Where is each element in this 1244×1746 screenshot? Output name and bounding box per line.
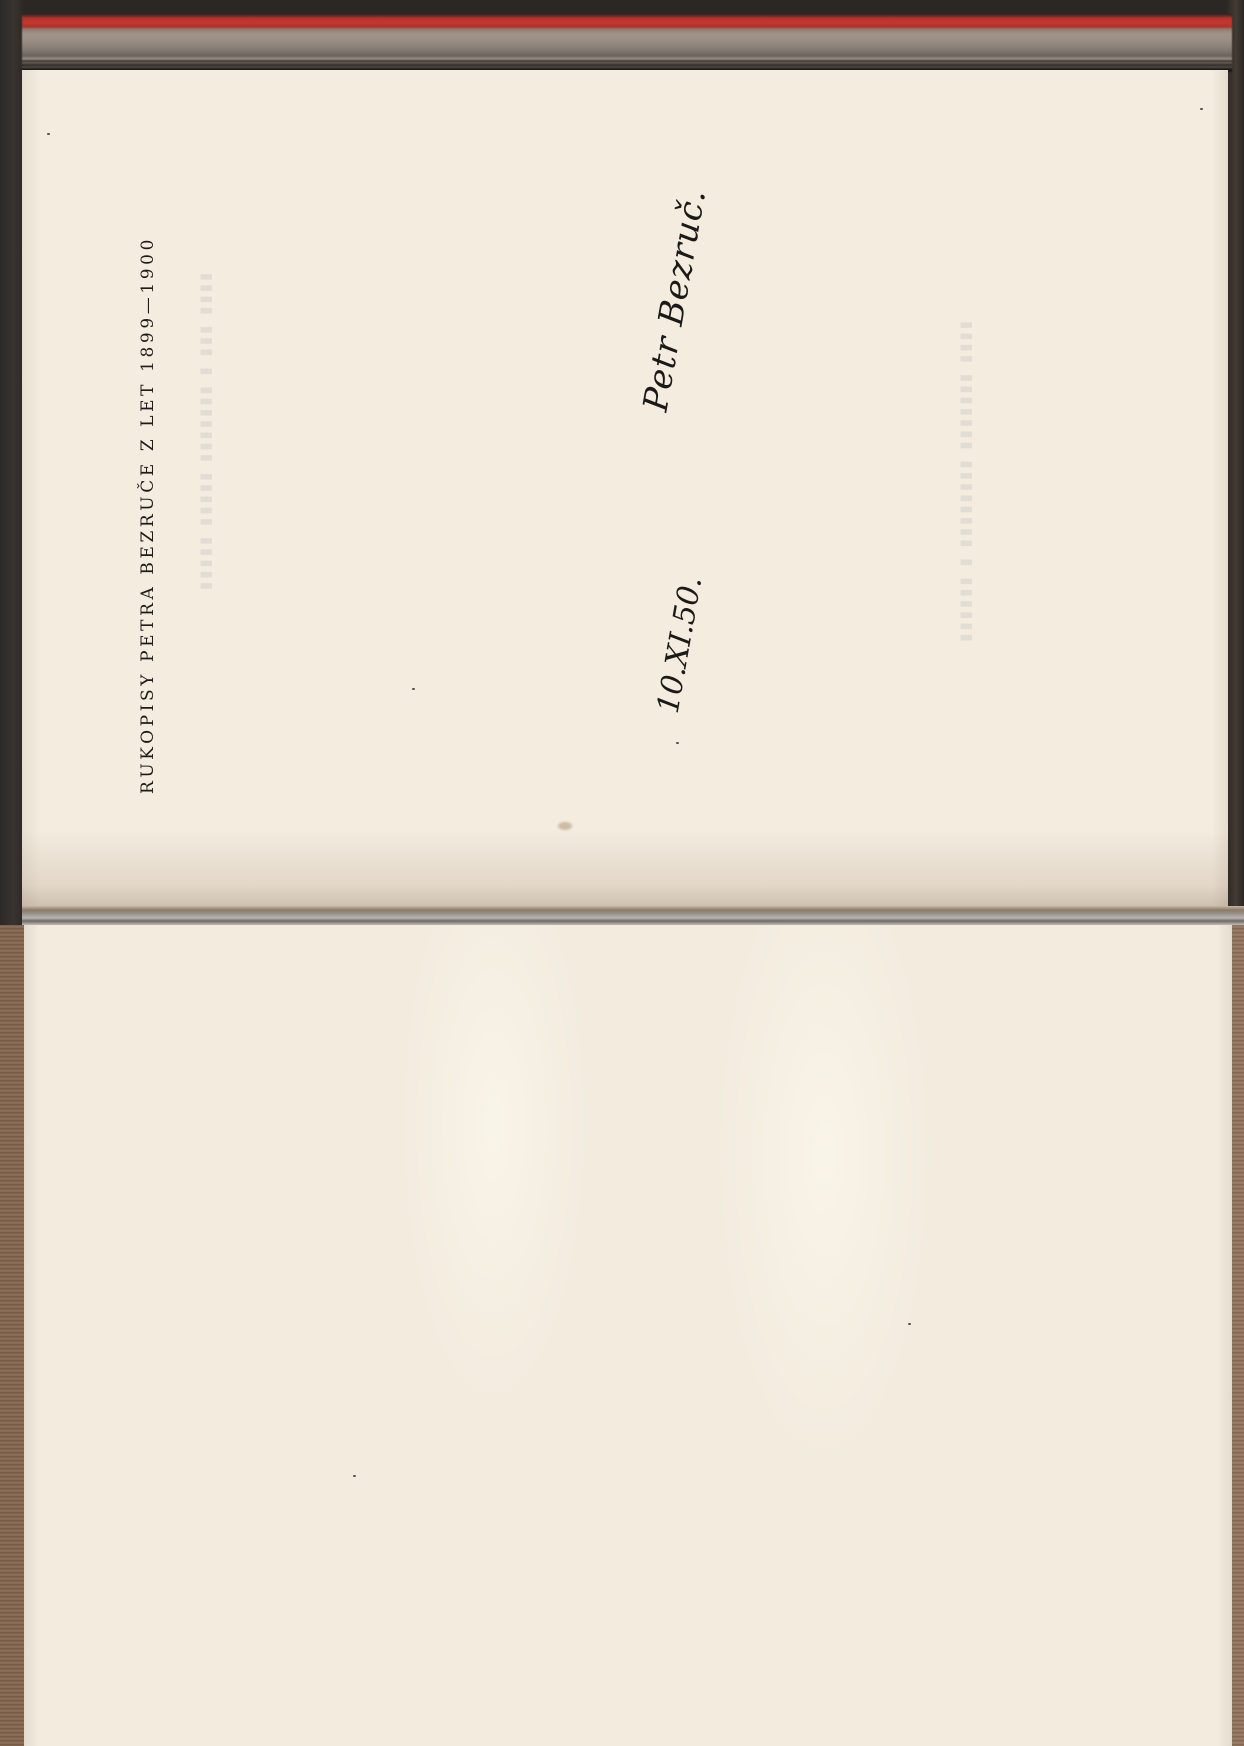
spine-cloth-left <box>0 925 26 1746</box>
show-through-text: ​▮▮▮▮▮ ▮▮▮▮▮ ▮▮▮▮▮▮▮ ▮ ▮▮▮ ▮▮▮▮ <box>196 270 214 590</box>
scanned-book-spread: ​▮▮▮▮▮ ▮▮▮▮▮ ▮▮▮▮▮▮▮ ▮ ▮▮▮ ▮▮▮▮ ​▮▮▮▮▮▮ … <box>0 0 1244 1746</box>
paper-speck <box>412 688 415 690</box>
page-bottom <box>24 925 1232 1746</box>
paper-speck <box>908 1323 911 1325</box>
printed-title: RUKOPISY PETRA BEZRUČE Z LET 1899—1900 <box>138 236 158 794</box>
spine-cloth-right <box>1232 925 1244 1746</box>
paper-stain <box>558 822 572 830</box>
book-page-edges <box>22 14 1232 72</box>
book-gutter <box>22 906 1244 926</box>
paper-speck <box>676 742 679 744</box>
paper-speck <box>47 133 50 135</box>
show-through-text: ​▮▮▮▮▮▮ ▮ ▮▮▮▮▮▮▮▮ ▮▮▮▮▮▮▮ ▮▮▮▮ <box>956 318 974 642</box>
paper-speck <box>353 1475 356 1477</box>
paper-speck <box>1200 108 1203 110</box>
